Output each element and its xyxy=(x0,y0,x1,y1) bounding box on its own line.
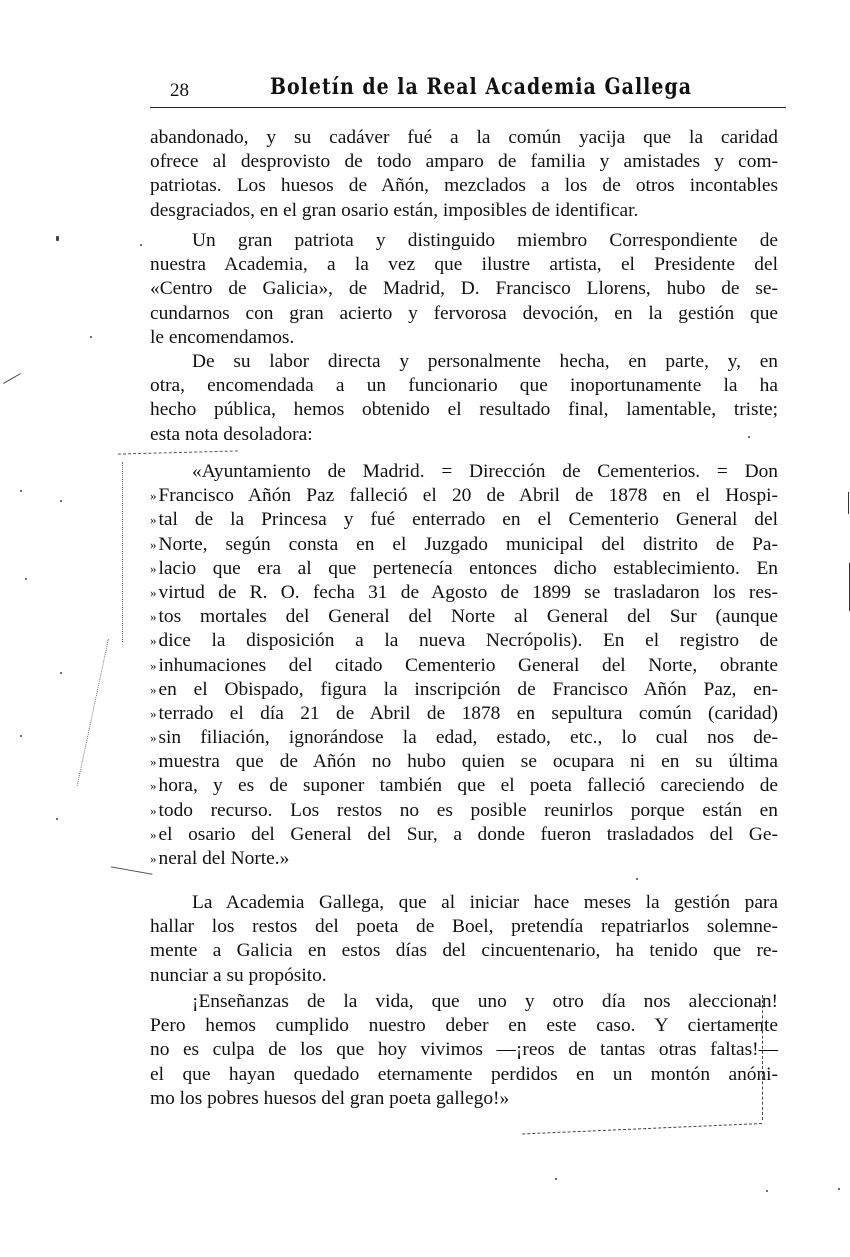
text-line: hallar los restos del poeta de Boel, pre… xyxy=(150,915,778,939)
scan-speck xyxy=(20,735,22,737)
pencil-mark xyxy=(110,866,153,882)
text-line: mo los pobres huesos del gran poeta gall… xyxy=(150,1087,778,1111)
margin-bar xyxy=(848,492,849,514)
header-rule xyxy=(150,107,786,108)
scan-speck xyxy=(60,500,62,502)
pencil-scribble xyxy=(77,639,133,791)
continuation-quote-mark: » xyxy=(150,537,157,552)
text-line: »hora, y es de suponer también que el po… xyxy=(150,774,778,798)
continuation-quote-mark: » xyxy=(150,682,157,697)
text-line: mente a Galicia en estos días del cincue… xyxy=(150,939,778,963)
scan-speck xyxy=(20,490,22,492)
continuation-quote-mark: » xyxy=(150,851,157,866)
paragraph-2: Un gran patriota y distinguido miembro C… xyxy=(150,229,778,350)
continuation-quote-mark: » xyxy=(150,803,157,818)
paragraph-3: De su labor directa y personalmente hech… xyxy=(150,350,778,447)
continuation-quote-mark: » xyxy=(150,512,157,527)
text-line: »Francisco Añón Paz falleció el 20 de Ab… xyxy=(150,484,778,508)
text-line: »lacio que era al que pertenecía entonce… xyxy=(150,557,778,581)
continuation-quote-mark: » xyxy=(150,827,157,842)
text-line: »tos mortales del General del Norte al G… xyxy=(150,605,778,629)
text-line: le encomendamos. xyxy=(150,326,778,350)
scan-speck xyxy=(555,1178,557,1180)
text-line: hecho pública, hemos obtenido el resulta… xyxy=(150,398,778,422)
scan-speck xyxy=(25,578,27,580)
text-line: »el osario del General del Sur, a donde … xyxy=(150,823,778,847)
text-line: »virtud de R. O. fecha 31 de Agosto de 1… xyxy=(150,581,778,605)
text-line: »terrado el día 21 de Abril de 1878 en s… xyxy=(150,702,778,726)
text-line: abandonado, y su cadáver fué a la común … xyxy=(150,126,778,150)
text-line: »tal de la Princesa y fué enterrado en e… xyxy=(150,508,778,532)
text-line: patriotas. Los huesos de Añón, mezclados… xyxy=(150,174,778,198)
continuation-quote-mark: » xyxy=(150,488,157,503)
scan-speck xyxy=(56,818,58,820)
text-line: »neral del Norte.» xyxy=(150,847,778,871)
continuation-quote-mark: » xyxy=(150,658,157,673)
text-line: »Norte, según consta en el Juzgado munic… xyxy=(150,533,778,557)
pencil-mark xyxy=(122,462,125,642)
continuation-quote-mark: » xyxy=(150,585,157,600)
pencil-mark xyxy=(522,1123,762,1134)
scan-speck xyxy=(766,1190,768,1192)
paragraph-5: La Academia Gallega, que al iniciar hace… xyxy=(150,891,778,988)
continuation-quote-mark: » xyxy=(150,706,157,721)
continuation-quote-mark: » xyxy=(150,609,157,624)
text-line: »dice la disposición a la nueva Necrópol… xyxy=(150,629,778,653)
text-line: Un gran patriota y distinguido miembro C… xyxy=(150,229,778,253)
scan-speck xyxy=(140,244,142,246)
pencil-mark xyxy=(3,373,21,384)
running-header: 28 Boletín de la Real Academia Gallega xyxy=(150,74,790,110)
text-line: el que hayan quedado eternamente perdido… xyxy=(150,1063,778,1087)
text-line: ¡Enseñanzas de la vida, que uno y otro d… xyxy=(150,990,778,1014)
scan-speck xyxy=(636,878,638,880)
scan-speck xyxy=(56,236,59,241)
continuation-quote-mark: » xyxy=(150,561,157,576)
scan-speck xyxy=(90,336,92,338)
text-line: «Ayuntamiento de Madrid. = Dirección de … xyxy=(150,460,778,484)
text-line: »todo recurso. Los restos no es posible … xyxy=(150,799,778,823)
text-line: no es culpa de los que hoy vivimos —¡reo… xyxy=(150,1038,778,1062)
text-line: »sin filiación, ignorándose la edad, est… xyxy=(150,726,778,750)
scan-speck xyxy=(838,1188,840,1190)
text-line: De su labor directa y personalmente hech… xyxy=(150,350,778,374)
text-line: »muestra que de Añón no hubo quien se oc… xyxy=(150,750,778,774)
journal-title: Boletín de la Real Academia Gallega xyxy=(270,74,692,100)
quoted-note: «Ayuntamiento de Madrid. = Dirección de … xyxy=(150,460,778,871)
text-line: desgraciados, en el gran osario están, i… xyxy=(150,199,778,223)
text-line: »en el Obispado, figura la inscripción d… xyxy=(150,678,778,702)
continuation-quote-mark: » xyxy=(150,730,157,745)
scan-speck xyxy=(748,436,750,438)
text-line: «Centro de Galicia», de Madrid, D. Franc… xyxy=(150,277,778,301)
scanned-page: 28 Boletín de la Real Academia Gallega a… xyxy=(0,0,850,1257)
text-line: nunciar a su propósito. xyxy=(150,964,778,988)
text-line: La Academia Gallega, que al iniciar hace… xyxy=(150,891,778,915)
continuation-quote-mark: » xyxy=(150,633,157,648)
text-line: Pero hemos cumplido nuestro deber en est… xyxy=(150,1014,778,1038)
text-line: cundarnos con gran acierto y fervorosa d… xyxy=(150,302,778,326)
text-line: otra, encomendada a un funcionario que i… xyxy=(150,374,778,398)
text-line: »inhumaciones del citado Cementerio Gene… xyxy=(150,654,778,678)
continuation-quote-mark: » xyxy=(150,778,157,793)
text-line: esta nota desoladora: xyxy=(150,423,778,447)
page-number: 28 xyxy=(170,80,189,102)
text-line: ofrece al desprovisto de todo amparo de … xyxy=(150,150,778,174)
paragraph-6: ¡Enseñanzas de la vida, que uno y otro d… xyxy=(150,990,778,1111)
scan-speck xyxy=(60,672,62,674)
text-line: nuestra Academia, a la vez que ilustre a… xyxy=(150,253,778,277)
paragraph-1: abandonado, y su cadáver fué a la común … xyxy=(150,126,778,223)
continuation-quote-mark: » xyxy=(150,754,157,769)
